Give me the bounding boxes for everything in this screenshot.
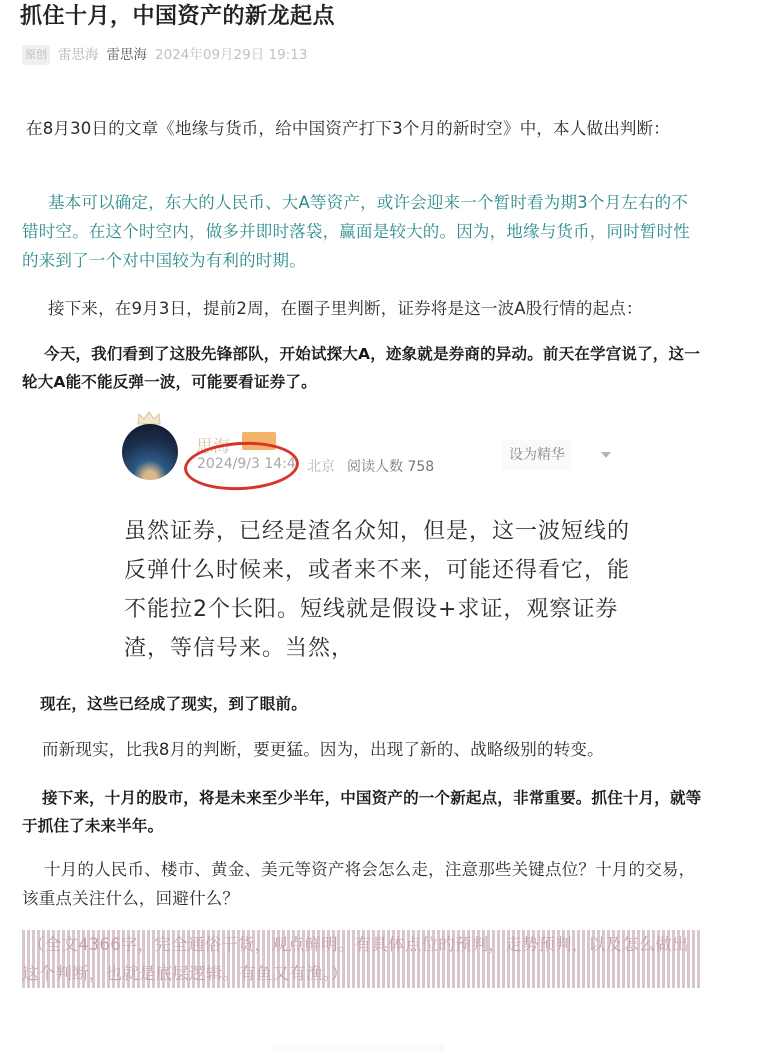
set-featured-button[interactable]: 设为精华 [502, 440, 572, 470]
embedded-post-screenshot: 思海 2024/9/3 14:4 北京 阅读人数 758 设为精华 虽然证券，已… [104, 400, 644, 680]
article-meta: 原创 雷思海 雷思海 2024年09月29日 19:13 [22, 45, 307, 65]
paragraph-reality: 现在，这些已经成了现实，到了眼前。 [22, 690, 702, 719]
original-tag: 原创 [22, 45, 50, 65]
quote-brokerage: 今天，我们看到了这股先锋部队，开始试探大A，迹象就是券商的异动。前天在学宫说了，… [22, 340, 702, 396]
bottom-bar [272, 1045, 444, 1051]
paragraph-october-questions: 十月的人民币、楼市、黄金、美元等资产将会怎么走，注意那些关键点位？十月的交易，该… [22, 855, 702, 913]
paragraph-intro: 在8月30日的文章《地缘与货币，给中国资产打下3个月的新时空》中，本人做出判断： [22, 114, 702, 143]
paragraph-new-reality: 而新现实，比我8月的判断，要更猛。因为，出现了新的、战略级别的转变。 [22, 735, 702, 764]
paragraph-october-key: 接下来，十月的股市，将是未来至少半年，中国资产的一个新起点，非常重要。抓住十月，… [22, 784, 702, 840]
article-page: 抓住十月，中国资产的新龙起点 原创 雷思海 雷思海 2024年09月29日 19… [0, 0, 780, 1051]
avatar[interactable] [122, 424, 178, 480]
dropdown-arrow-icon[interactable] [601, 452, 611, 458]
reader-count: 阅读人数 758 [347, 456, 434, 476]
paragraph-fulltext-note: （全文4366字，完全通俗干货，观点鲜明。有具体点位的预判，走势预判，以及怎么做… [22, 930, 702, 988]
avatar-wrap [122, 410, 178, 490]
post-body-text: 虽然证券，已经是渣名众知，但是，这一波短线的反弹什么时候来，或者来不来，可能还得… [124, 512, 634, 668]
account-link[interactable]: 雷思海 [107, 46, 148, 64]
post-location: 北京 [307, 456, 335, 476]
paragraph-sept3: 接下来，在9月3日，提前2周，在圈子里判断，证券将是这一波A股行情的起点： [22, 294, 702, 323]
article-title: 抓住十月，中国资产的新龙起点 [20, 2, 335, 32]
author-name: 雷思海 [58, 46, 99, 64]
quote-prediction: 基本可以确定，东大的人民币、大A等资产，或许会迎来一个暂时看为期3个月左右的不错… [22, 188, 702, 275]
publish-datetime: 2024年09月29日 19:13 [155, 46, 307, 64]
